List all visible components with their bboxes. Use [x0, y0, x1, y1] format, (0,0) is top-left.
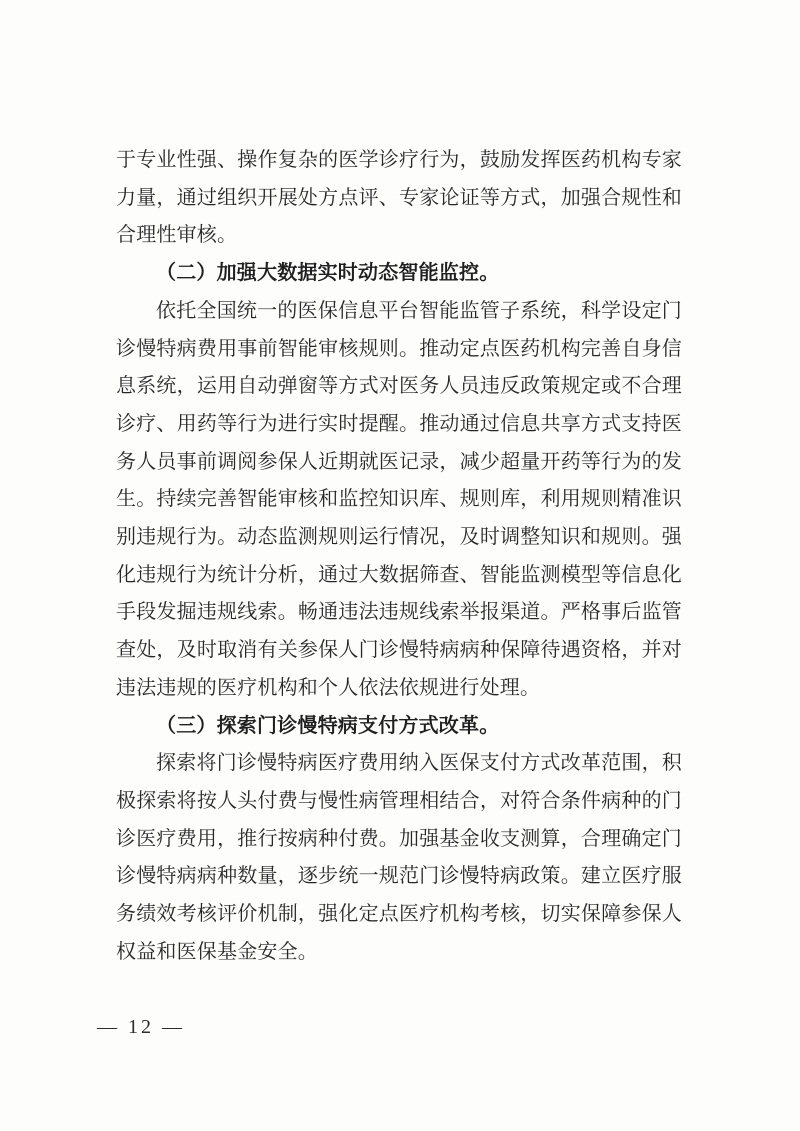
- document-page: 于专业性强、操作复杂的医学诊疗行为，鼓励发挥医药机构专家力量，通过组织开展处方点…: [0, 0, 800, 1131]
- page-number: — 12 —: [97, 1012, 185, 1042]
- section-heading: （三）探索门诊慢特病支付方式改革。: [116, 708, 682, 746]
- paragraph: 于专业性强、操作复杂的医学诊疗行为，鼓励发挥医药机构专家力量，通过组织开展处方点…: [116, 142, 682, 255]
- document-body: 于专业性强、操作复杂的医学诊疗行为，鼓励发挥医药机构专家力量，通过组织开展处方点…: [116, 142, 682, 971]
- section-heading: （二）加强大数据实时动态智能监控。: [116, 255, 682, 293]
- paragraph: 探索将门诊慢特病医疗费用纳入医保支付方式改革范围，积极探索将按人头付费与慢性病管…: [116, 745, 682, 971]
- paragraph: 依托全国统一的医保信息平台智能监管子系统，科学设定门诊慢特病费用事前智能审核规则…: [116, 293, 682, 708]
